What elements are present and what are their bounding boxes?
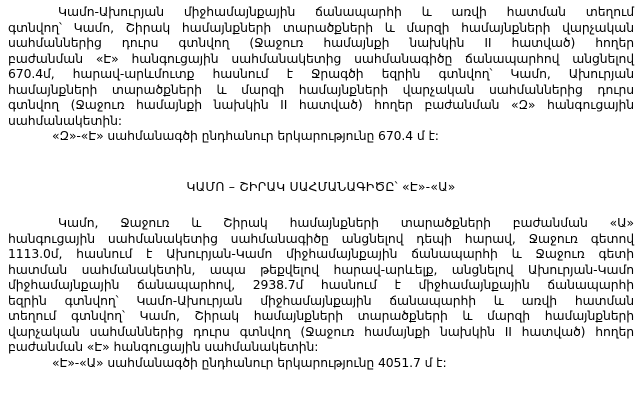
paragraph-line: եզրին գտնվող՝ Կամո-Ախուրյան միջհամայնքայ… bbox=[8, 293, 634, 308]
paragraph-line: սահմանակետին: bbox=[8, 113, 634, 128]
document-page: Կամո-Ախուրյան միջհամայնքային ճանապարհի և… bbox=[0, 0, 642, 394]
paragraph-line: հանգուցային սահմանակետից սահմանագիծը անց… bbox=[8, 231, 634, 246]
paragraph-line: միջհամայնքային ճանապարհով, 2938.7մ հասնո… bbox=[8, 277, 634, 292]
section-heading: ԿԱՄՈ – ՇԻՐԱԿ ՍԱՀՄԱՆԱԳԻԾԸ՝ «Է»-«Ա» bbox=[0, 179, 642, 194]
paragraph-line: տեղում գտնվող՝ Կամո, Շիրակ համայնքների տ… bbox=[8, 308, 634, 323]
paragraph-line: բաժանման «Է» հանգուցային սահմանակետին: bbox=[8, 339, 634, 354]
paragraph-line: Կամո, Ջաջուռ և Շիրակ համայնքների տարածքն… bbox=[8, 215, 634, 230]
paragraph-line: հատման սահմանակետին, ապա թեքվելով հարավ-… bbox=[8, 262, 634, 277]
paragraph-line: սահմաններից դուրս գտնվող (Ջաջուռ համայնք… bbox=[8, 35, 634, 50]
length-summary: «Զ»-«Է» սահմանագծի ընդհանուր երկարությու… bbox=[52, 128, 439, 143]
paragraph-line: համայնքների տարածքների և մարզի համայնքնե… bbox=[8, 82, 634, 97]
paragraph-line: գտնվող՝ Կամո, Շիրակ համայնքների տարածքնե… bbox=[8, 20, 634, 35]
paragraph-line: 670.4մ, հարավ-արևմուտք հասնում է Ջրագծի … bbox=[8, 66, 634, 81]
paragraph-line: Կամո-Ախուրյան միջհամայնքային ճանապարհի և… bbox=[8, 4, 634, 19]
paragraph-line: բաժանման «Է» հանգուցային սահմանակետից սա… bbox=[8, 51, 634, 66]
paragraph-line: 1113.0մ, հասնում է Ախուրյան-Կամո միջհամա… bbox=[8, 246, 634, 261]
paragraph-line: գտնվող (Ջաջուռ համայնքի նախկին II հատված… bbox=[8, 97, 634, 112]
length-summary: «Է»-«Ա» սահմանագծի ընդհանուր երկարությու… bbox=[52, 355, 447, 370]
paragraph-line: վարչական սահմաններից դուրս գտնվող (Ջաջու… bbox=[8, 324, 634, 339]
